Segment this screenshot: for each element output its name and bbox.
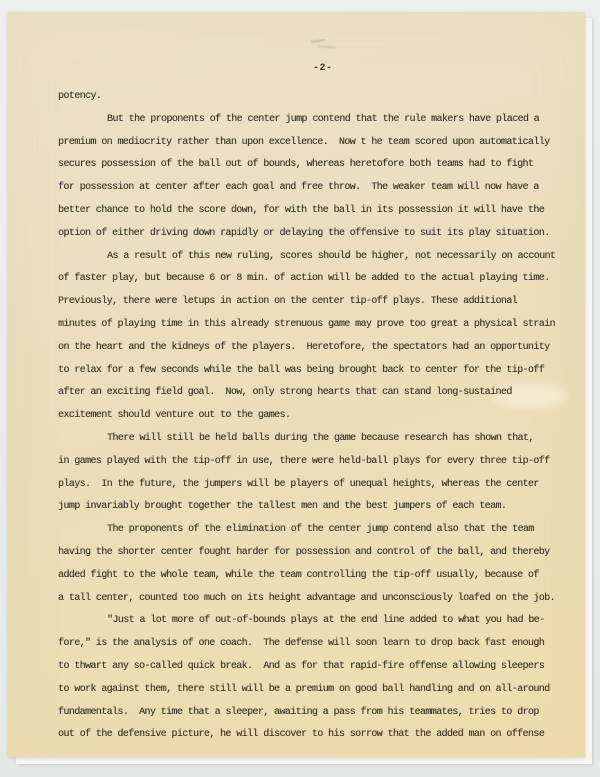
- page-number: -2-: [313, 63, 333, 74]
- paragraph: As a result of this new ruling, scores s…: [58, 246, 563, 428]
- text-line: "Just a lot more of out-of-bounds plays …: [58, 610, 563, 633]
- text-line: better chance to hold the score down, fo…: [58, 200, 563, 223]
- text-line: after an exciting field goal. Now, only …: [58, 382, 563, 405]
- text-line: There will still be held balls during th…: [58, 428, 563, 451]
- text-line: Previously, there were letups in action …: [58, 291, 563, 314]
- text-line: in games played with the tip-off in use,…: [58, 451, 563, 474]
- text-line: having the shorter center fought harder …: [58, 542, 563, 565]
- text-line: to work against them, there still will b…: [58, 679, 563, 702]
- document-body: potency.But the proponents of the center…: [58, 86, 563, 747]
- paragraph: potency.: [58, 86, 563, 109]
- text-line: on the heart and the kidneys of the play…: [58, 337, 563, 360]
- text-line: for possession at center after each goal…: [58, 177, 563, 200]
- text-line: minutes of playing time in this already …: [58, 314, 563, 337]
- pencil-smudge: [318, 45, 336, 49]
- paragraph: But the proponents of the center jump co…: [58, 109, 563, 246]
- text-line: secures possession of the ball out of bo…: [58, 154, 563, 177]
- text-line: a tall center, counted too much on its h…: [58, 588, 563, 611]
- text-line: The proponents of the elimination of the…: [58, 519, 563, 542]
- text-line: option of either driving down rapidly or…: [58, 223, 563, 246]
- text-line: jump invariably brought together the tal…: [58, 496, 563, 519]
- text-line: of faster play, but because 6 or 8 min. …: [58, 268, 563, 291]
- text-line: fundamentals. Any time that a sleeper, a…: [58, 702, 563, 725]
- text-line: added fight to the whole team, while the…: [58, 565, 563, 588]
- text-line: out of the defensive picture, he will di…: [58, 724, 563, 747]
- text-line: to thwart any so-called quick break. And…: [58, 656, 563, 679]
- text-line: to relax for a few seconds while the bal…: [58, 360, 563, 383]
- paragraph: The proponents of the elimination of the…: [58, 519, 563, 610]
- document-page: -2- potency.But the proponents of the ce…: [8, 12, 585, 757]
- text-line: As a result of this new ruling, scores s…: [58, 246, 563, 269]
- text-line: But the proponents of the center jump co…: [58, 109, 563, 132]
- text-line: fore," is the analysis of one coach. The…: [58, 633, 563, 656]
- text-line: plays. In the future, the jumpers will b…: [58, 474, 563, 497]
- paragraph: There will still be held balls during th…: [58, 428, 563, 519]
- text-line: premium on mediocrity rather than upon e…: [58, 132, 563, 155]
- text-line: excitement should venture out to the gam…: [58, 405, 563, 428]
- text-line: potency.: [58, 86, 563, 109]
- paragraph: "Just a lot more of out-of-bounds plays …: [58, 610, 563, 747]
- scan-background: -2- potency.But the proponents of the ce…: [0, 0, 600, 777]
- pencil-smudge: [311, 39, 325, 43]
